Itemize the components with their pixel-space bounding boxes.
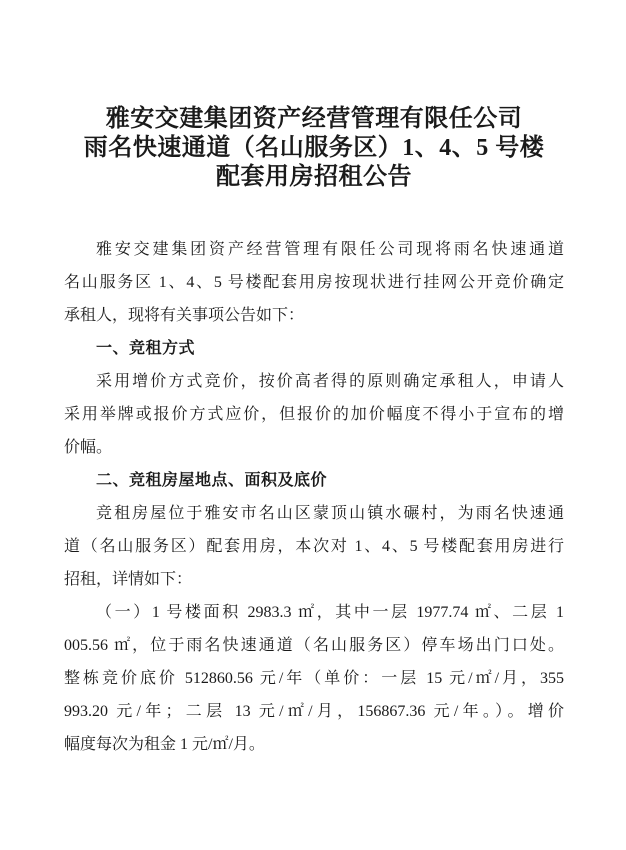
title-line-3: 配套用房招租公告	[64, 163, 564, 192]
document-title: 雅安交建集团资产经营管理有限任公司 雨名快速通道（名山服务区）1、4、5 号楼 …	[64, 105, 564, 192]
document-body: 雅安交建集团资产经营管理有限任公司现将雨名快速通道名山服务区 1、4、5 号楼配…	[64, 233, 564, 761]
paragraph-line: 价幅。	[64, 431, 564, 464]
paragraph-line: （一）1 号楼面积 2983.3 ㎡，其中一层 1977.74 ㎡、二层 1	[64, 596, 564, 629]
title-line-1: 雅安交建集团资产经营管理有限任公司	[64, 105, 564, 134]
paragraph-line: 整栋竞价底价 512860.56 元/年（单价：一层 15 元/㎡/月，355	[64, 662, 564, 695]
paragraph-line: 竞租房屋位于雅安市名山区蒙顶山镇水碾村，为雨名快速通	[64, 497, 564, 530]
paragraph-line: 幅度每次为租金 1 元/㎡/月。	[64, 728, 564, 761]
paragraph-line: 雅安交建集团资产经营管理有限任公司现将雨名快速通道	[64, 233, 564, 266]
paragraph-line: 993.20 元/年；二层 13 元/㎡/月，156867.36 元/年。）。增…	[64, 695, 564, 728]
paragraph-line: 道（名山服务区）配套用房，本次对 1、4、5 号楼配套用房进行	[64, 530, 564, 563]
paragraph-line: 采用举牌或报价方式应价，但报价的加价幅度不得小于宣布的增	[64, 398, 564, 431]
title-line-2: 雨名快速通道（名山服务区）1、4、5 号楼	[64, 134, 564, 163]
paragraph-line: 名山服务区 1、4、5 号楼配套用房按现状进行挂网公开竞价确定	[64, 266, 564, 299]
section-heading: 一、竞租方式	[64, 332, 564, 365]
paragraph-line: 005.56 ㎡，位于雨名快速通道（名山服务区）停车场出门口处。	[64, 629, 564, 662]
document-page: 雅安交建集团资产经营管理有限任公司 雨名快速通道（名山服务区）1、4、5 号楼 …	[0, 0, 626, 850]
section-heading: 二、竞租房屋地点、面积及底价	[64, 464, 564, 497]
paragraph-line: 招租，详情如下：	[64, 563, 564, 596]
paragraph-line: 承租人，现将有关事项公告如下：	[64, 299, 564, 332]
paragraph-line: 采用增价方式竞价，按价高者得的原则确定承租人，申请人	[64, 365, 564, 398]
